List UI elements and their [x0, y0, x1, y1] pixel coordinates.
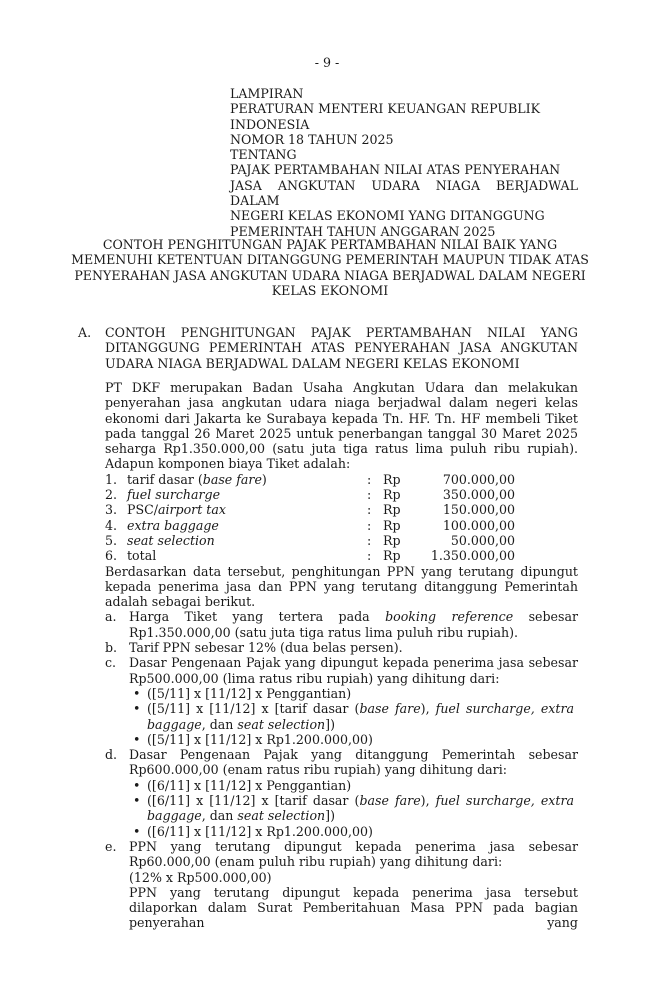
- component-label: seat selection: [127, 533, 367, 548]
- page-number: - 9 -: [0, 55, 654, 70]
- item-c: c. Dasar Pengenaan Pajak yang dipungut k…: [105, 655, 578, 747]
- cost-component-row: 6.total:Rp1.350.000,00: [105, 548, 578, 563]
- bullet-item: •([6/11] x [11/12] x Rp1.200.000,00): [129, 824, 578, 839]
- section-body: PT DKF merupakan Badan Usaha Angkutan Ud…: [105, 380, 578, 931]
- item-content: Dasar Pengenaan Pajak yang dipungut kepa…: [129, 655, 578, 747]
- colon-separator: :: [367, 533, 383, 548]
- header-line: PERATURAN MENTERI KEUANGAN REPUBLIK: [230, 101, 578, 116]
- item-content: PPN yang terutang dipungut kepada peneri…: [129, 839, 578, 931]
- item-text: Harga Tiket yang tertera pada booking re…: [129, 609, 578, 640]
- colon-separator: :: [367, 548, 383, 563]
- component-number: 2.: [105, 487, 127, 502]
- currency: Rp: [383, 472, 413, 487]
- item-text: Dasar Pengenaan Pajak yang dipungut kepa…: [129, 655, 578, 686]
- label-text: tarif dasar (: [127, 472, 203, 487]
- bullet-text: ([6/11] x [11/12] x Penggantian): [147, 778, 574, 793]
- item-b: b. Tarif PPN sebesar 12% (dua belas pers…: [105, 640, 578, 655]
- attachment-header: LAMPIRAN PERATURAN MENTERI KEUANGAN REPU…: [230, 86, 578, 239]
- bullet-text: ([5/11] x [11/12] x Penggantian): [147, 686, 574, 701]
- cost-components-list: 1.tarif dasar (base fare):Rp700.000,002.…: [105, 472, 578, 564]
- document-title: CONTOH PENGHITUNGAN PAJAK PERTAMBAHAN NI…: [70, 237, 590, 298]
- title-line: KELAS EKONOMI: [70, 283, 590, 298]
- item-letter: e.: [105, 839, 129, 931]
- colon-separator: :: [367, 502, 383, 517]
- bullet-text: ([6/11] x [11/12] x [tarif dasar (base f…: [147, 793, 574, 824]
- header-line: TENTANG: [230, 147, 578, 162]
- section-title-line: UDARA NIAGA BERJADWAL DALAM NEGERI KELAS…: [105, 356, 578, 371]
- calculation-intro: Berdasarkan data tersebut, penghitungan …: [105, 564, 578, 610]
- colon-separator: :: [367, 518, 383, 533]
- title-line: MEMENUHI KETENTUAN DITANGGUNG PEMERINTAH…: [70, 252, 590, 267]
- cost-component-row: 5.seat selection:Rp50.000,00: [105, 533, 578, 548]
- component-number: 3.: [105, 502, 127, 517]
- bullet-icon: •: [129, 778, 147, 793]
- bullet-icon: •: [129, 686, 147, 701]
- label-italic: extra baggage: [127, 518, 219, 533]
- colon-separator: :: [367, 472, 383, 487]
- component-label: total: [127, 548, 367, 563]
- header-line: NEGERI KELAS EKONOMI YANG DITANGGUNG: [230, 208, 578, 223]
- currency: Rp: [383, 502, 413, 517]
- component-label: fuel surcharge: [127, 487, 367, 502]
- bullet-item: •([5/11] x [11/12] x [tarif dasar (base …: [129, 701, 578, 732]
- currency: Rp: [383, 518, 413, 533]
- bullet-item: •([6/11] x [11/12] x Penggantian): [129, 778, 578, 793]
- formula: (12% x Rp500.000,00): [129, 870, 578, 885]
- bullet-icon: •: [129, 701, 147, 732]
- cost-component-row: 3.PSC/airport tax:Rp150.000,00: [105, 502, 578, 517]
- item-letter: a.: [105, 609, 129, 640]
- header-line: JASA ANGKUTAN UDARA NIAGA BERJADWAL DALA…: [230, 178, 578, 209]
- label-text: total: [127, 548, 156, 563]
- cost-component-row: 2.fuel surcharge:Rp350.000,00: [105, 487, 578, 502]
- currency: Rp: [383, 533, 413, 548]
- component-value: 1.350.000,00: [413, 548, 515, 563]
- label-italic: base fare: [203, 472, 262, 487]
- cost-component-row: 1.tarif dasar (base fare):Rp700.000,00: [105, 472, 578, 487]
- header-line: LAMPIRAN: [230, 86, 578, 101]
- bullet-icon: •: [129, 824, 147, 839]
- component-value: 700.000,00: [413, 472, 515, 487]
- component-value: 50.000,00: [413, 533, 515, 548]
- component-value: 150.000,00: [413, 502, 515, 517]
- item-content: Dasar Pengenaan Pajak yang ditanggung Pe…: [129, 747, 578, 839]
- label-italic: airport tax: [158, 502, 226, 517]
- component-number: 5.: [105, 533, 127, 548]
- item-e: e. PPN yang terutang dipungut kepada pen…: [105, 839, 578, 931]
- section-title-line: CONTOH PENGHITUNGAN PAJAK PERTAMBAHAN NI…: [105, 325, 578, 340]
- item-text: Dasar Pengenaan Pajak yang ditanggung Pe…: [129, 747, 578, 778]
- header-line: PAJAK PERTAMBAHAN NILAI ATAS PENYERAHAN: [230, 162, 578, 177]
- component-value: 350.000,00: [413, 487, 515, 502]
- item-d: d. Dasar Pengenaan Pajak yang ditanggung…: [105, 747, 578, 839]
- component-number: 1.: [105, 472, 127, 487]
- header-line: NOMOR 18 TAHUN 2025: [230, 132, 578, 147]
- item-a: a. Harga Tiket yang tertera pada booking…: [105, 609, 578, 640]
- bullet-item: •([5/11] x [11/12] x Penggantian): [129, 686, 578, 701]
- item-letter: b.: [105, 640, 129, 655]
- label-italic: fuel surcharge: [127, 487, 220, 502]
- bullet-item: •([5/11] x [11/12] x Rp1.200.000,00): [129, 732, 578, 747]
- component-label: tarif dasar (base fare): [127, 472, 367, 487]
- item-text: PPN yang terutang dipungut kepada peneri…: [129, 839, 578, 870]
- bullet-text: ([6/11] x [11/12] x Rp1.200.000,00): [147, 824, 574, 839]
- label-text: ): [262, 472, 267, 487]
- item-note: PPN yang terutang dipungut kepada peneri…: [129, 885, 578, 931]
- cost-component-row: 4.extra baggage:Rp100.000,00: [105, 518, 578, 533]
- section-letter: A.: [78, 325, 91, 340]
- title-line: CONTOH PENGHITUNGAN PAJAK PERTAMBAHAN NI…: [70, 237, 590, 252]
- section-title-line: DITANGGUNG PEMERINTAH ATAS PENYERAHAN JA…: [105, 340, 578, 355]
- component-label: PSC/airport tax: [127, 502, 367, 517]
- bullet-icon: •: [129, 793, 147, 824]
- currency: Rp: [383, 487, 413, 502]
- currency: Rp: [383, 548, 413, 563]
- bullet-icon: •: [129, 732, 147, 747]
- item-letter: d.: [105, 747, 129, 839]
- bullet-item: •([6/11] x [11/12] x [tarif dasar (base …: [129, 793, 578, 824]
- component-number: 4.: [105, 518, 127, 533]
- component-value: 100.000,00: [413, 518, 515, 533]
- label-text: PSC/: [127, 502, 158, 517]
- component-label: extra baggage: [127, 518, 367, 533]
- item-text: Tarif PPN sebesar 12% (dua belas persen)…: [129, 640, 578, 655]
- header-line: INDONESIA: [230, 117, 578, 132]
- bullet-text: ([5/11] x [11/12] x [tarif dasar (base f…: [147, 701, 574, 732]
- colon-separator: :: [367, 487, 383, 502]
- label-italic: seat selection: [127, 533, 215, 548]
- bullet-text: ([5/11] x [11/12] x Rp1.200.000,00): [147, 732, 574, 747]
- section-title: CONTOH PENGHITUNGAN PAJAK PERTAMBAHAN NI…: [105, 325, 578, 371]
- title-line: PENYERAHAN JASA ANGKUTAN UDARA NIAGA BER…: [70, 268, 590, 283]
- intro-paragraph: PT DKF merupakan Badan Usaha Angkutan Ud…: [105, 380, 578, 472]
- component-number: 6.: [105, 548, 127, 563]
- item-letter: c.: [105, 655, 129, 747]
